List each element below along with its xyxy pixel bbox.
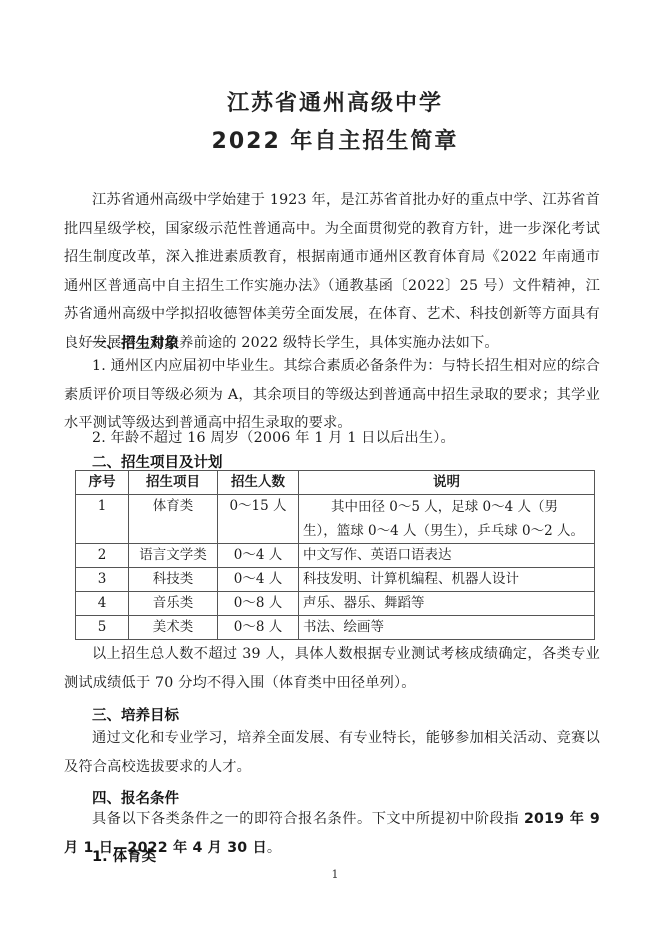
cell-note: 其中田径 0～5 人，足球 0～4 人（男生），篮球 0～4 人（男生），乒乓球… <box>299 495 595 544</box>
cell-count: 0～4 人 <box>218 544 299 568</box>
cell-count: 0～8 人 <box>218 592 299 616</box>
cell-item: 美术类 <box>129 616 218 640</box>
cell-item: 音乐类 <box>129 592 218 616</box>
cell-no: 2 <box>76 544 129 568</box>
cell-no: 4 <box>76 592 129 616</box>
table-row: 3 科技类 0～4 人 科技发明、计算机编程、机器人设计 <box>76 568 595 592</box>
document-page: 江苏省通州高级中学 2022 年自主招生简章 江苏省通州高级中学始建于 1923… <box>0 0 670 947</box>
cell-no: 1 <box>76 495 129 544</box>
section4-text-part1: 具备以下各类条件之一的即符合报名条件。下文中所提初中阶段指 <box>92 811 524 827</box>
section2-after-table: 以上招生总人数不超过 39 人，具体人数根据专业测试考核成绩确定，各类专业测试成… <box>64 640 600 697</box>
cell-no: 5 <box>76 616 129 640</box>
cell-note: 科技发明、计算机编程、机器人设计 <box>299 568 595 592</box>
table-row: 2 语言文学类 0～4 人 中文写作、英语口语表达 <box>76 544 595 568</box>
section3-text: 通过文化和专业学习，培养全面发展、有专业特长，能够参加相关活动、竞赛以及符合高校… <box>64 724 600 781</box>
document-title-school: 江苏省通州高级中学 <box>0 86 670 117</box>
cell-count: 0～4 人 <box>218 568 299 592</box>
section4-sub1-heading: 1. 体育类 <box>92 845 156 866</box>
enrollment-plan-table: 序号 招生项目 招生人数 说明 1 体育类 0～15 人 其中田径 0～5 人，… <box>75 470 595 640</box>
section2-heading: 二、招生项目及计划 <box>92 451 223 472</box>
document-title-main: 2022 年自主招生简章 <box>0 124 670 155</box>
section1-heading: 一、招生对象 <box>92 332 179 353</box>
section1-item2: 2. 年龄不超过 16 周岁（2006 年 1 月 1 日以后出生）。 <box>64 424 600 453</box>
section4-text-end: 。 <box>267 840 281 856</box>
cell-count: 0～8 人 <box>218 616 299 640</box>
section3-heading: 三、培养目标 <box>92 704 179 725</box>
cell-item: 语言文学类 <box>129 544 218 568</box>
page-number: 1 <box>0 868 670 881</box>
table-header-row: 序号 招生项目 招生人数 说明 <box>76 471 595 495</box>
header-count: 招生人数 <box>218 471 299 495</box>
cell-note: 书法、绘画等 <box>299 616 595 640</box>
cell-note: 中文写作、英语口语表达 <box>299 544 595 568</box>
cell-note: 声乐、器乐、舞蹈等 <box>299 592 595 616</box>
cell-item: 科技类 <box>129 568 218 592</box>
table-row: 1 体育类 0～15 人 其中田径 0～5 人，足球 0～4 人（男生），篮球 … <box>76 495 595 544</box>
cell-count: 0～15 人 <box>218 495 299 544</box>
table-row: 4 音乐类 0～8 人 声乐、器乐、舞蹈等 <box>76 592 595 616</box>
header-item: 招生项目 <box>129 471 218 495</box>
header-note: 说明 <box>299 471 595 495</box>
cell-item: 体育类 <box>129 495 218 544</box>
cell-no: 3 <box>76 568 129 592</box>
table-row: 5 美术类 0～8 人 书法、绘画等 <box>76 616 595 640</box>
header-no: 序号 <box>76 471 129 495</box>
